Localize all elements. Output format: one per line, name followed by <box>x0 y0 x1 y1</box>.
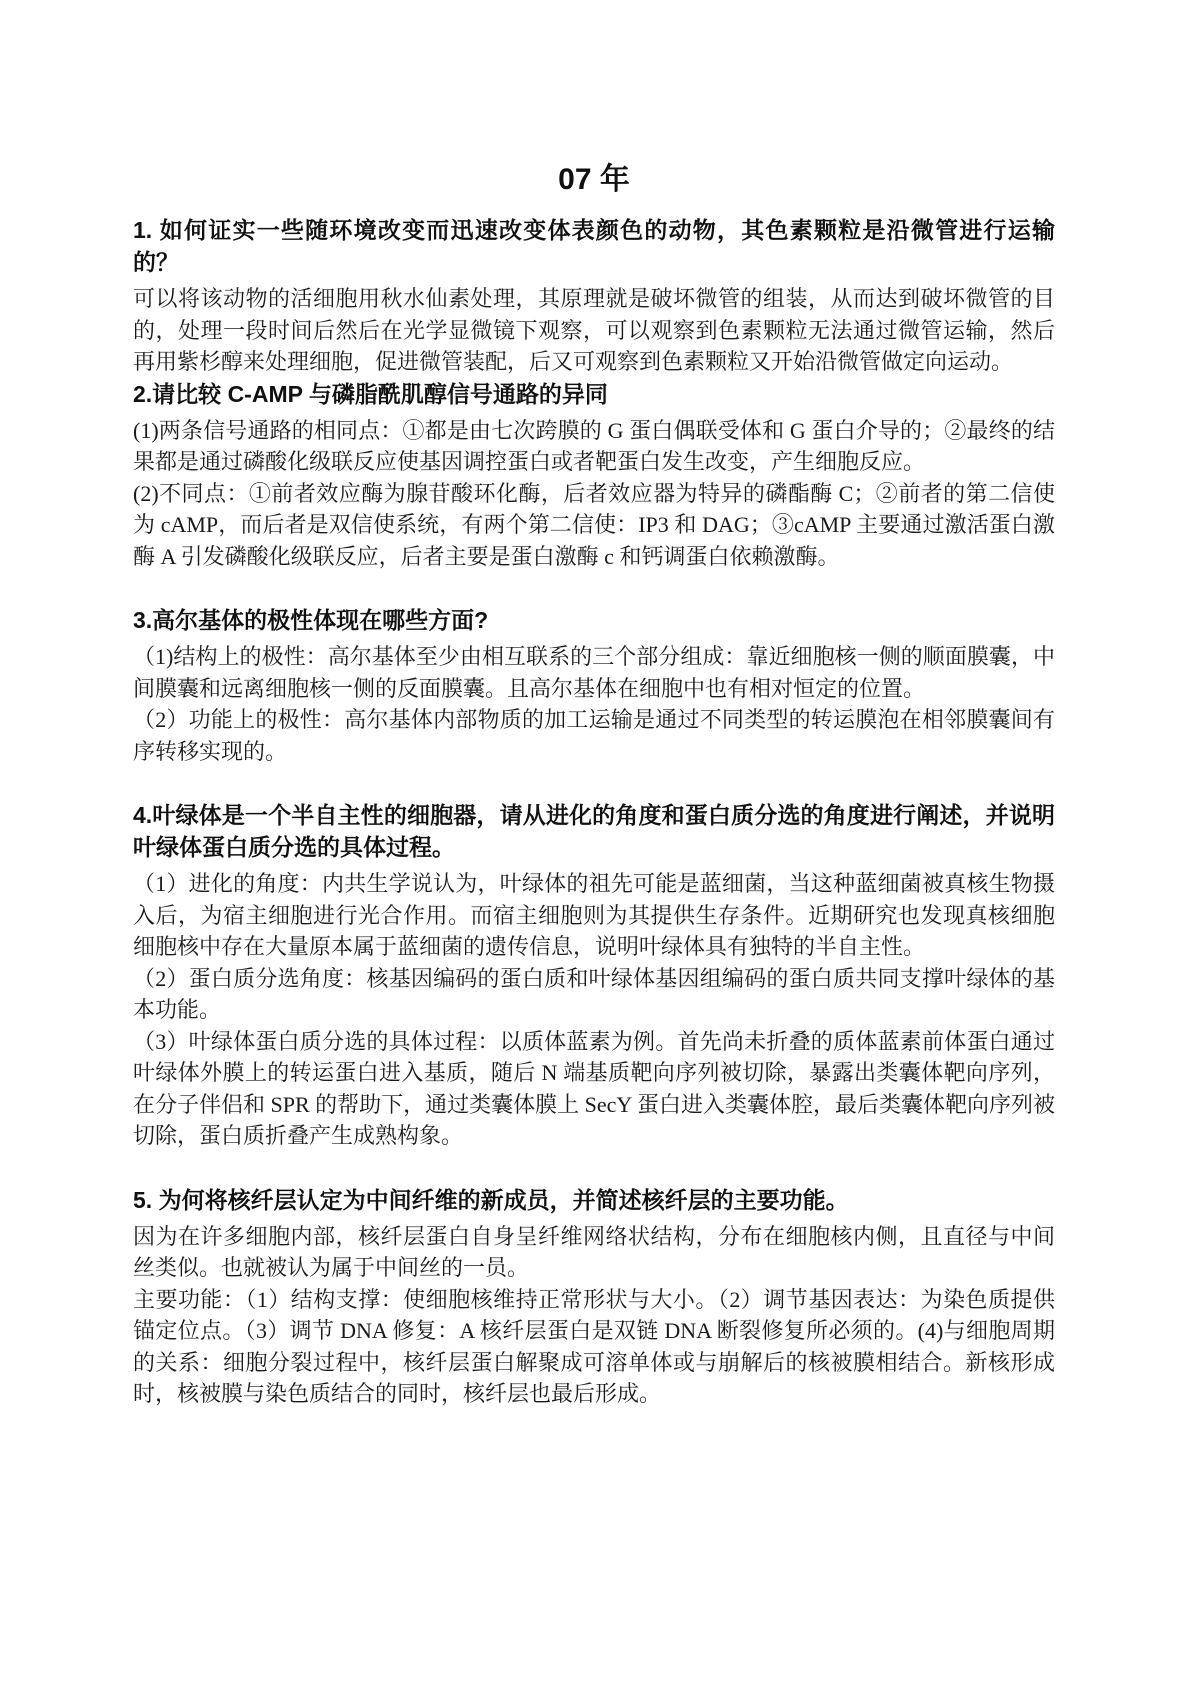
qa-section-3: 3.高尔基体的极性体现在哪些方面? （1)结构上的极性：高尔基体至少由相互联系的… <box>133 604 1055 767</box>
answer-paragraph: 主要功能：（1）结构支撑：使细胞核维持正常形状与大小。（2）调节基因表达：为染色… <box>133 1284 1055 1410</box>
question-heading: 1. 如何证实一些随环境改变而迅速改变体表颜色的动物，其色素颗粒是沿微管进行运输… <box>133 214 1055 278</box>
qa-section-4: 4.叶绿体是一个半自主性的细胞器，请从进化的角度和蛋白质分选的角度进行阐述，并说… <box>133 799 1055 1152</box>
question-heading: 3.高尔基体的极性体现在哪些方面? <box>133 604 1055 636</box>
answer-paragraph: (2)不同点：①前者效应酶为腺苷酸环化酶，后者效应器为特异的磷酯酶 C；②前者的… <box>133 478 1055 573</box>
qa-section-1: 1. 如何证实一些随环境改变而迅速改变体表颜色的动物，其色素颗粒是沿微管进行运输… <box>133 214 1055 378</box>
answer-paragraph: （3）叶绿体蛋白质分选的具体过程：以质体蓝素为例。首先尚未折叠的质体蓝素前体蛋白… <box>133 1026 1055 1152</box>
question-heading: 2.请比较 C-AMP 与磷脂酰肌醇信号通路的异同 <box>133 378 1055 410</box>
question-heading: 4.叶绿体是一个半自主性的细胞器，请从进化的角度和蛋白质分选的角度进行阐述，并说… <box>133 799 1055 863</box>
answer-paragraph: （1）进化的角度：内共生学说认为，叶绿体的祖先可能是蓝细菌，当这种蓝细菌被真核生… <box>133 868 1055 963</box>
question-heading: 5. 为何将核纤层认定为中间纤维的新成员，并简述核纤层的主要功能。 <box>133 1184 1055 1216</box>
document-page: 07 年 1. 如何证实一些随环境改变而迅速改变体表颜色的动物，其色素颗粒是沿微… <box>0 0 1190 1683</box>
answer-paragraph: 可以将该动物的活细胞用秋水仙素处理，其原理就是破坏微管的组装，从而达到破坏微管的… <box>133 283 1055 378</box>
answer-paragraph: 因为在许多细胞内部，核纤层蛋白自身呈纤维网络状结构，分布在细胞核内侧，且直径与中… <box>133 1221 1055 1284</box>
qa-section-2: 2.请比较 C-AMP 与磷脂酰肌醇信号通路的异同 (1)两条信号通路的相同点：… <box>133 378 1055 573</box>
answer-paragraph: （1)结构上的极性：高尔基体至少由相互联系的三个部分组成：靠近细胞核一侧的顺面膜… <box>133 641 1055 704</box>
answer-paragraph: (1)两条信号通路的相同点：①都是由七次跨膜的 G 蛋白偶联受体和 G 蛋白介导… <box>133 415 1055 478</box>
answer-paragraph: （2）蛋白质分选角度：核基因编码的蛋白质和叶绿体基因组编码的蛋白质共同支撑叶绿体… <box>133 963 1055 1026</box>
answer-paragraph: （2）功能上的极性：高尔基体内部物质的加工运输是通过不同类型的转运膜泡在相邻膜囊… <box>133 704 1055 767</box>
document-content: 07 年 1. 如何证实一些随环境改变而迅速改变体表颜色的动物，其色素颗粒是沿微… <box>0 0 1190 1410</box>
qa-section-5: 5. 为何将核纤层认定为中间纤维的新成员，并简述核纤层的主要功能。 因为在许多细… <box>133 1184 1055 1410</box>
page-title: 07 年 <box>133 160 1055 200</box>
